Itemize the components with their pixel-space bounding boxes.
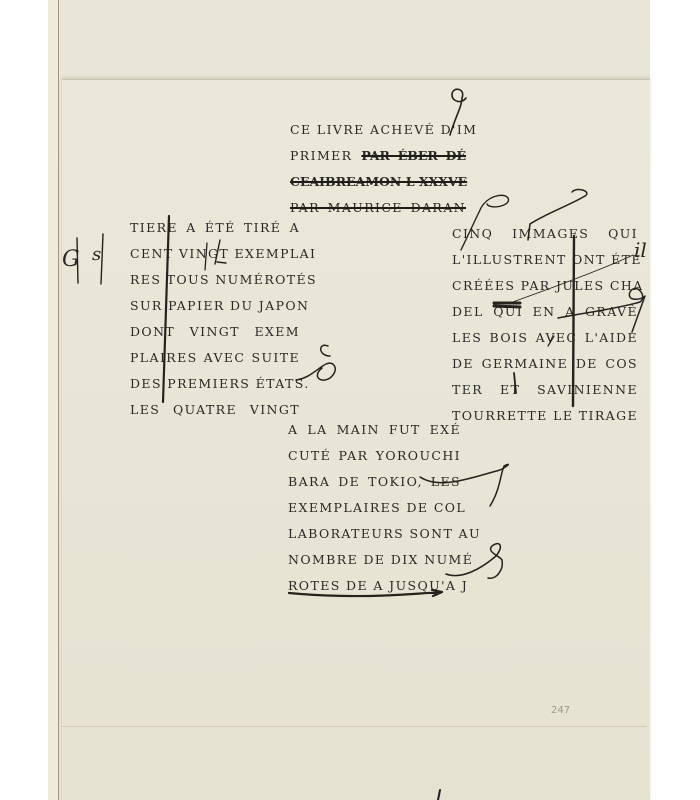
text-line: CENT VINGT EXEMPLAI (130, 241, 300, 267)
text-line: PLAIRES AVEC SUITE (130, 345, 300, 371)
text-line: CINQ IMMAGES QUI (452, 221, 638, 247)
colophon-left-block: TIERE A ÉTÉ TIRÉ A CENT VINGT EXEMPLAI R… (130, 215, 300, 423)
text-line: DEL QUI EN A GRAVÉ (452, 299, 638, 325)
text-line-corrected: PRIMER PAR ÉBER DÉ (290, 143, 466, 169)
text-line: CUTÉ PAR YOROUCHI (288, 443, 461, 469)
text-line: DES PREMIERS ÉTATS. (130, 371, 300, 397)
page-edge-strip (48, 0, 59, 800)
text-line: SUR PAPIER DU JAPON (130, 293, 300, 319)
struck-text-line: PAR MAURICE DARAN (290, 195, 466, 221)
colophon-bottom-block: A LA MAIN FUT EXÉ CUTÉ PAR YOROUCHI BARA… (288, 417, 461, 599)
margin-note-caps: G (62, 247, 80, 272)
text-line: CRÉÉES PAR JULES CHA (452, 273, 638, 299)
colophon-right-block: CINQ IMMAGES QUI L'ILLUSTRENT ONT ÉTÉ CR… (452, 221, 638, 429)
text-line: L'ILLUSTRENT ONT ÉTÉ (452, 247, 638, 273)
page-fold-line (62, 726, 647, 727)
text-fragment: PRIMER (290, 148, 361, 163)
text-line: EXEMPLAIRES DE COL (288, 495, 461, 521)
text-line: TER ET SAVINIENNE (452, 377, 638, 403)
pencil-page-number: 247 (551, 705, 570, 716)
struck-text: PAR ÉBER DÉ (361, 148, 466, 163)
text-line: BARA DE TOKIO, LES (288, 469, 461, 495)
margin-note-il: il (634, 238, 647, 262)
colophon-top-block: CE LIVRE ACHEVÉ D'IM PRIMER PAR ÉBER DÉ … (290, 117, 466, 221)
text-line: NOMBRE DE DIX NUMÉ (288, 547, 461, 573)
text-line: DONT VINGT EXEM (130, 319, 300, 345)
struck-text-line: CEAIBREAMON L XXXVE (290, 169, 466, 195)
text-line: CE LIVRE ACHEVÉ D'IM (290, 117, 466, 143)
text-line: DE GERMAINE DE COS (452, 351, 638, 377)
text-line: A LA MAIN FUT EXÉ (288, 417, 461, 443)
text-line: ROTES DE A JUSQU'A J (288, 573, 461, 599)
text-line: LABORATEURS SONT AU (288, 521, 461, 547)
text-line: LES BOIS AVEC L'AIDE (452, 325, 638, 351)
text-line: TIERE A ÉTÉ TIRÉ A (130, 215, 300, 241)
text-line: TOURRETTE LE TIRAGE (452, 403, 638, 429)
margin-note-s: s (92, 244, 101, 265)
text-line: LES QUATRE VINGT (130, 397, 300, 423)
text-line: RES TOUS NUMÉROTÉS (130, 267, 300, 293)
